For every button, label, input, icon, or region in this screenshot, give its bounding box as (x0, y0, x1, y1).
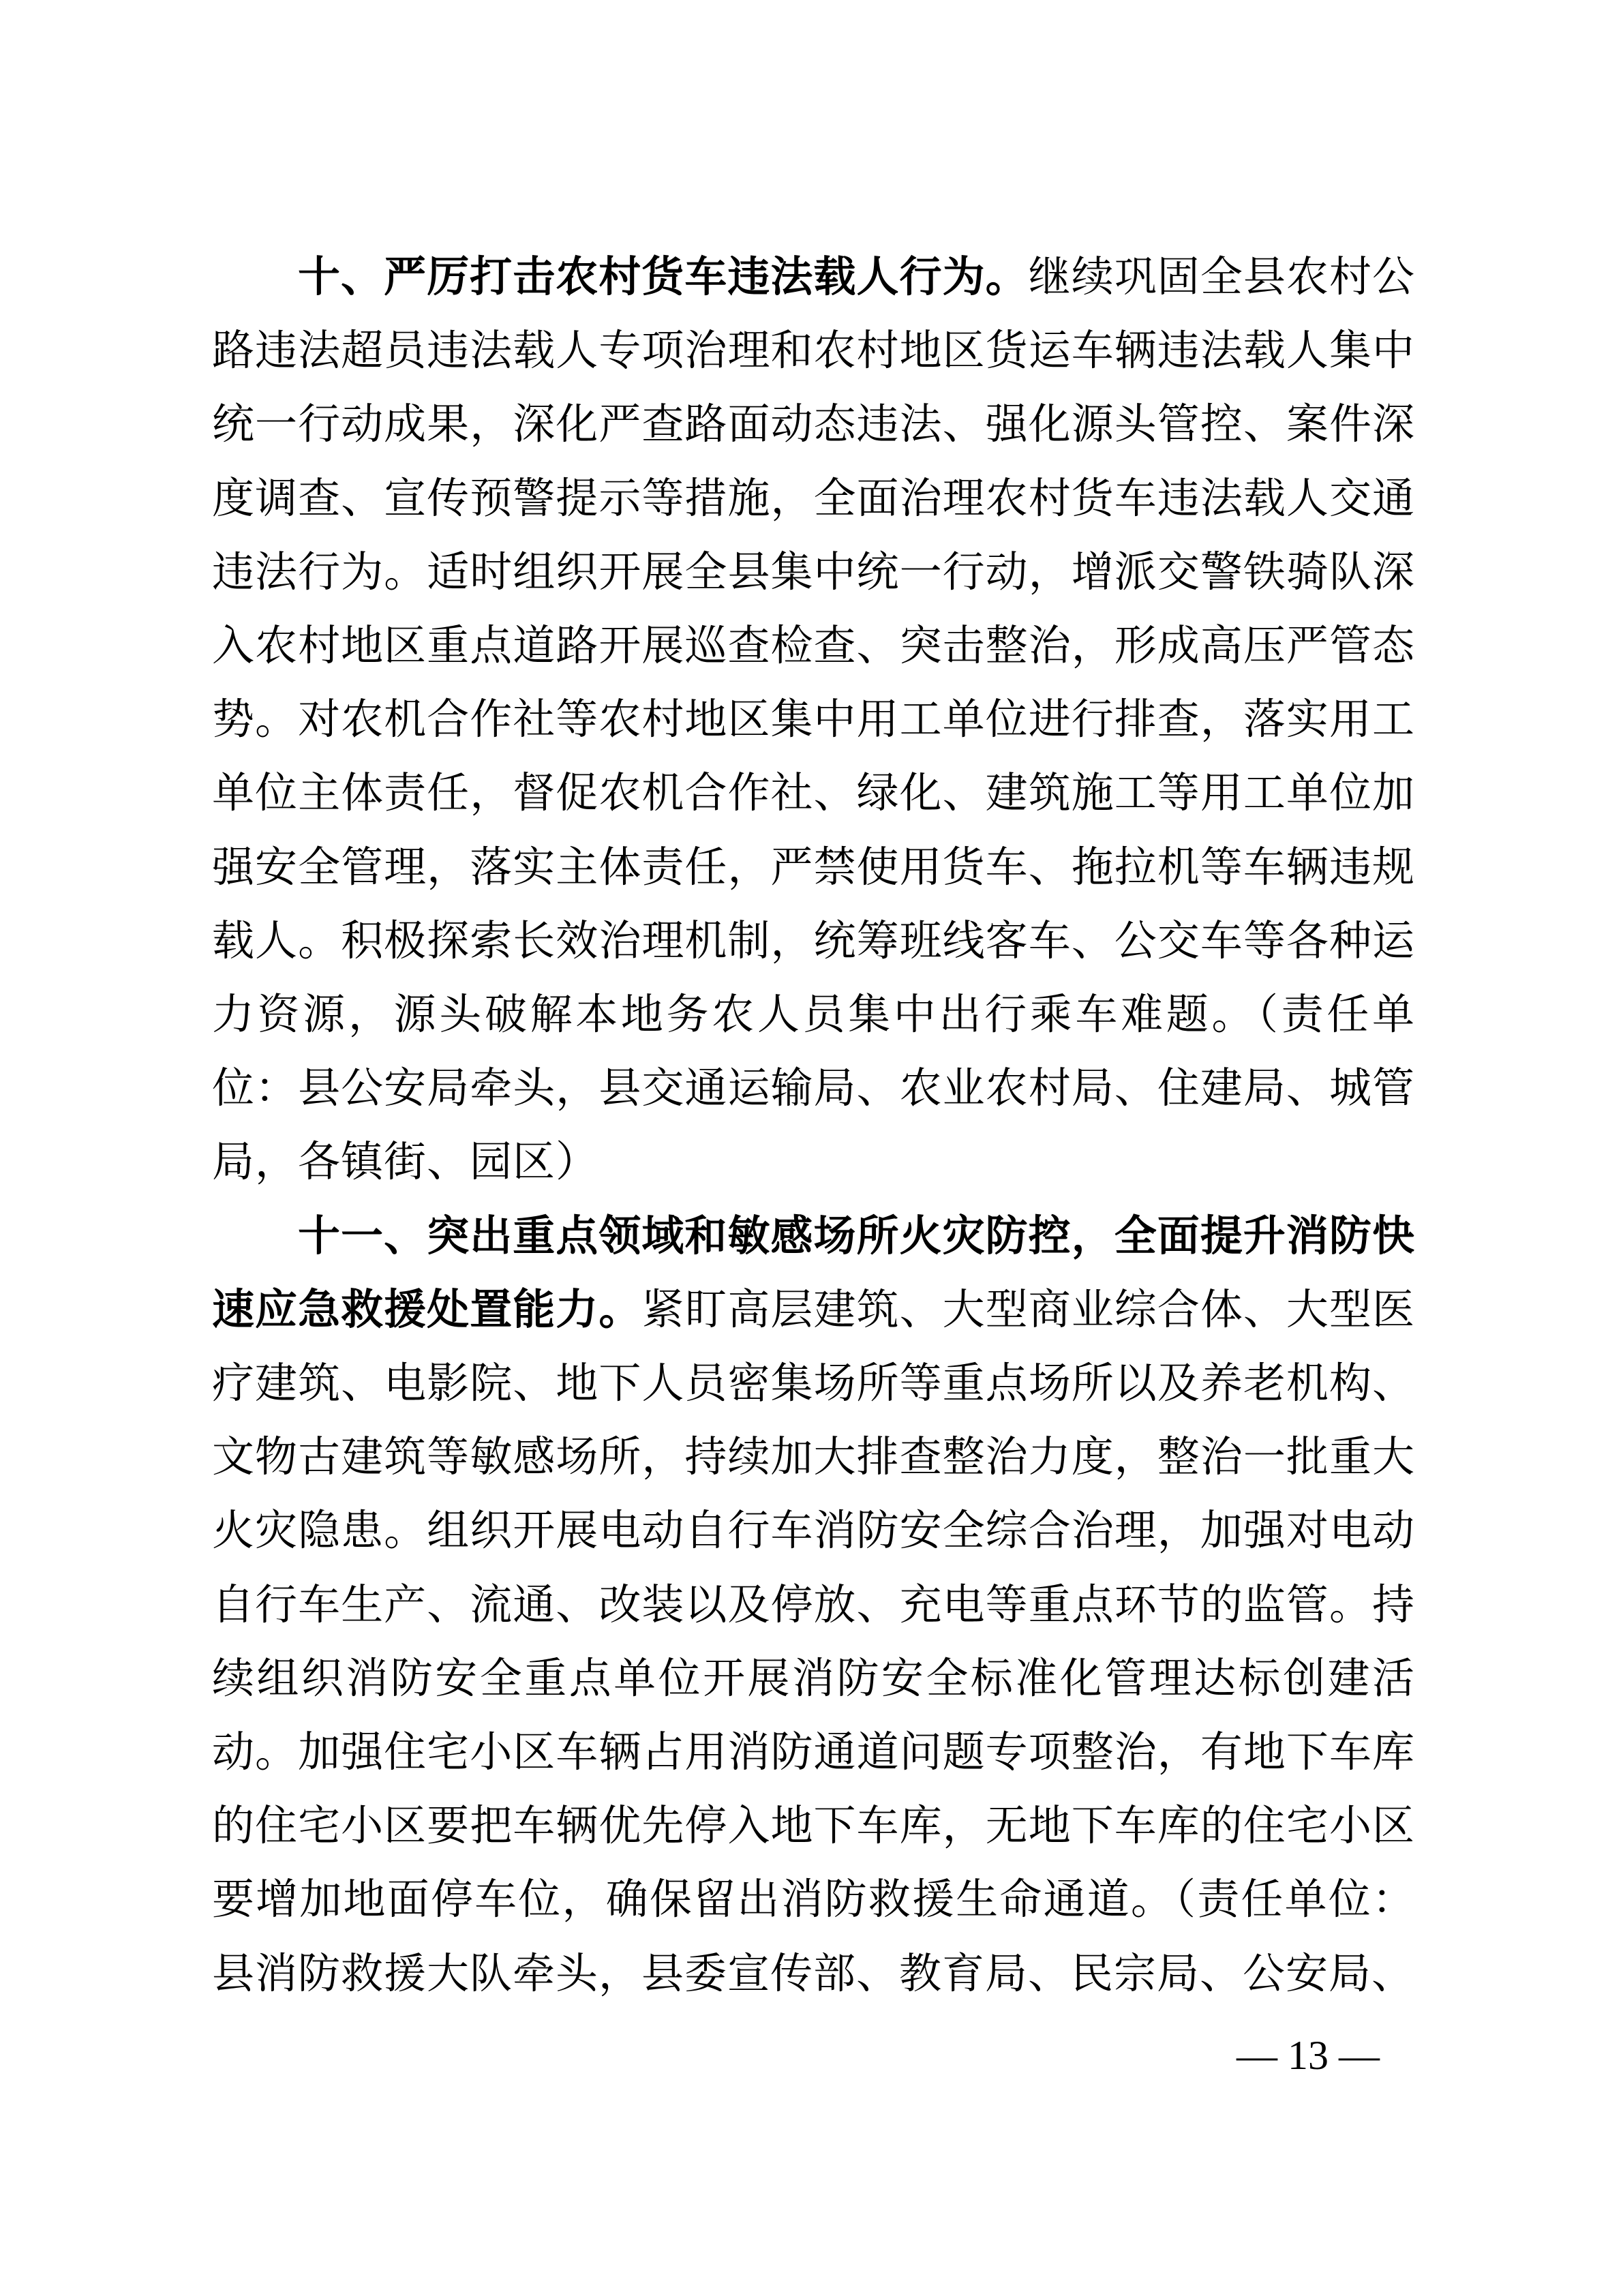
document-page: 十、严厉打击农村货车违法载人行为。继续巩固全县农村公路违法超员违法载人专项治理和… (212, 240, 1415, 2010)
section-10-body: 继续巩固全县农村公路违法超员违法载人专项治理和农村地区货运车辆违法载人集中统一行… (212, 252, 1415, 1186)
section-11-paragraph: 十一、突出重点领域和敏感场所火灾防控，全面提升消防快速应急救援处置能力。紧盯高层… (212, 1199, 1415, 2010)
section-10-paragraph: 十、严厉打击农村货车违法载人行为。继续巩固全县农村公路违法超员违法载人专项治理和… (212, 240, 1415, 1199)
section-11-body: 紧盯高层建筑、大型商业综合体、大型医疗建筑、电影院、地下人员密集场所等重点场所以… (212, 1284, 1415, 1998)
section-10-heading: 十、严厉打击农村货车违法载人行为。 (298, 252, 1029, 301)
page-number: — 13 — (1237, 2028, 1380, 2083)
